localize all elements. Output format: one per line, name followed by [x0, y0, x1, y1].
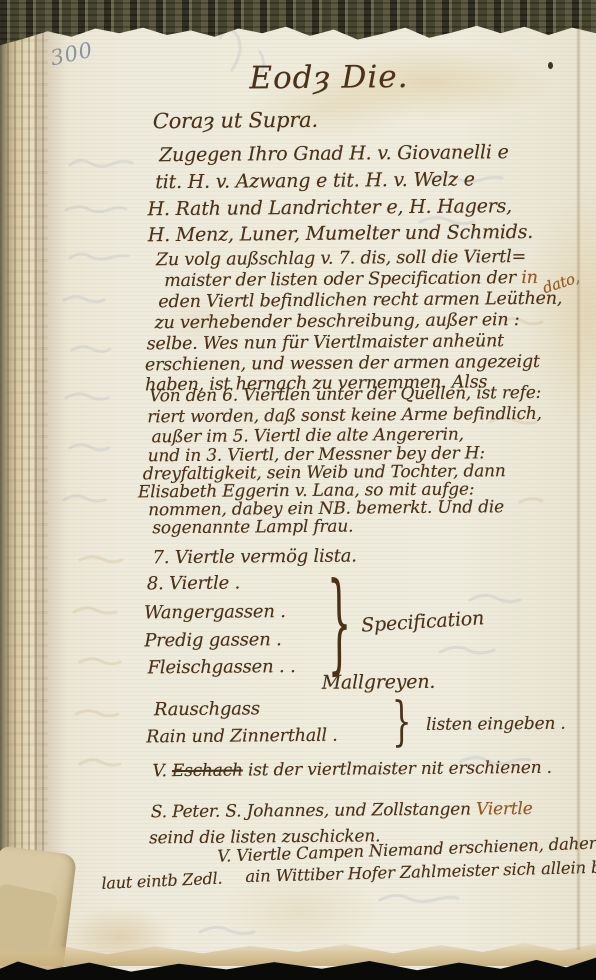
eschach-line: V. Eschach ist der viertlmaister nit ers… — [152, 758, 552, 781]
eschach-struck-word: Eschach — [172, 760, 243, 781]
page-heading: Eodȝ Die. — [249, 59, 408, 96]
street-item: Rain und Zinnerthall . — [146, 726, 338, 748]
page-edge-crease — [576, 28, 581, 950]
order-line: Zu volg außschlag v. 7. dis, soll die Vi… — [156, 247, 526, 270]
handwriting-layer: 300 Eodȝ Die. Coraȝ ut Supra. Zugegen Ih… — [0, 0, 596, 980]
quarter-list-item: Predig gassen . — [144, 629, 281, 651]
order-line: zu verhebender beschreibung, außer ein : — [154, 310, 519, 333]
peter-line: S. Peter. S. Johannes, und Zollstangen V… — [151, 799, 533, 822]
order-line: eden Viertl befindlichen recht armen Leü… — [158, 289, 562, 313]
order-line: selbe. Wes nun für Viertlmaister anheünt — [147, 331, 504, 354]
street-item: Rauschgass — [154, 698, 260, 720]
attendance-line: H. Rath und Landrichter e, H. Hagers, — [147, 195, 512, 220]
peter-line-accent: Viertle — [476, 799, 533, 819]
quarter-list-brace-label: Specification — [361, 607, 485, 636]
gutter-shadow — [34, 20, 68, 966]
margin-note-laut: laut eintb Zedl. — [101, 869, 223, 893]
salutation: Coraȝ ut Supra. — [153, 108, 318, 133]
street-brace-label: listen eingeben . — [426, 714, 566, 735]
ink-speck — [548, 62, 553, 69]
district-heading: Mallgreyen. — [322, 671, 436, 694]
manuscript-scan: 300 Eodȝ Die. Coraȝ ut Supra. Zugegen Ih… — [0, 0, 596, 980]
quarter-list-item: Wangergassen . — [144, 601, 286, 623]
quarter-list-item: Fleischgassen . . — [147, 656, 295, 678]
order-line: maister der listen oder Specification de… — [164, 268, 538, 291]
street-brace: } — [392, 691, 412, 753]
attendance-line: Zugegen Ihro Gnad H. v. Giovanelli e — [159, 141, 509, 166]
report-line: sogenannte Lampl frau. — [152, 517, 353, 539]
list-brace: } — [327, 560, 352, 686]
quarter-list-item: 8. Viertle . — [147, 573, 240, 595]
eschach-pre: V. — [152, 761, 172, 781]
report-line: Von den 6. Viertlen unter der Quellen, i… — [149, 383, 541, 406]
eschach-post: ist der viertlmaister nit erschienen . — [243, 758, 552, 781]
peter-line-text: S. Peter. S. Johannes, und Zollstangen — [151, 799, 476, 822]
attendance-line: tit. H. v. Azwang e tit. H. v. Welz e — [155, 168, 475, 193]
order-line-accent: in — [516, 268, 538, 288]
order-line-text: maister der listen oder Specification de… — [164, 268, 516, 291]
report-line: riert worden, daß sonst keine Arme befin… — [147, 404, 542, 427]
attendance-line: H. Menz, Luner, Mumelter und Schmids. — [148, 221, 534, 246]
